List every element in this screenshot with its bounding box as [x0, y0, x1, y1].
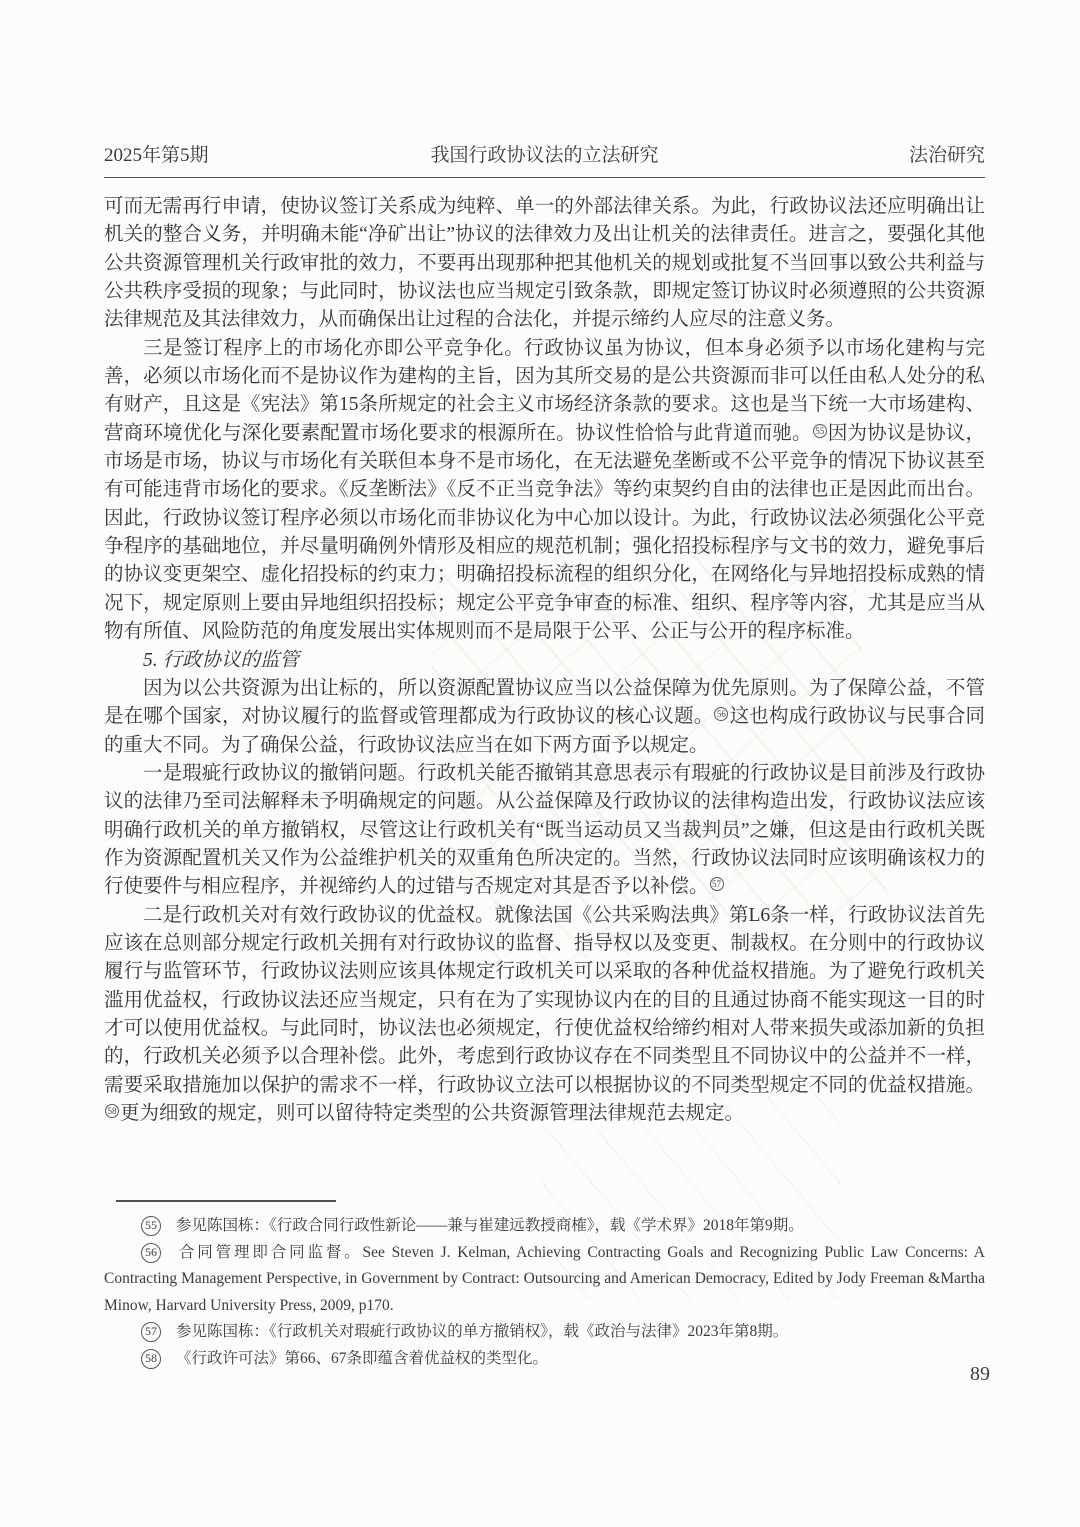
footnote-ref-55: 55: [813, 424, 827, 438]
footnote-item: 57参见陈国栋：《行政机关对瑕疵行政协议的单方撤销权》，载《政治与法律》2023…: [104, 1319, 985, 1346]
body-paragraph: 因为以公共资源为出让标的，所以资源配置协议应当以公益保障为优先原则。为了保障公益…: [104, 675, 985, 760]
footnote-item: 56合同管理即合同监督。See Steven J. Kelman, Achiev…: [104, 1240, 985, 1320]
body-paragraph: 二是行政机关对有效行政协议的优益权。就像法国《公共采购法典》第L6条一样，行政协…: [104, 902, 985, 1129]
paragraph-text: 更为细致的规定，则可以留待特定类型的公共资源管理法律规范去规定。: [120, 1103, 744, 1124]
footnote-list: 55参见陈国栋：《行政合同行政性新论——兼与崔建远教授商榷》，载《学术界》201…: [104, 1213, 985, 1372]
journal-page: 2025年第5期 我国行政协议法的立法研究 法治研究 可而无需再行申请，使协议签…: [0, 0, 1080, 1527]
paragraph-text: 5. 行政协议的监管: [143, 650, 299, 671]
body-paragraph: 可而无需再行申请，使协议签订关系成为纯粹、单一的外部法律关系。为此，行政协议法还…: [104, 193, 985, 335]
paragraph-text: 因为协议是协议，市场是市场，协议与市场化有关联但本身不是市场化，在无法避免垄断或…: [104, 423, 985, 642]
footnote-divider: [116, 1200, 336, 1202]
body-paragraph: 三是签订程序上的市场化亦即公平竞争化。行政协议虽为协议，但本身必须予以市场化建构…: [104, 335, 985, 647]
footnote-number: 57: [141, 1322, 161, 1342]
footnote-text: 《行政许可法》第66、67条即蕴含着优益权的类型化。: [176, 1350, 548, 1367]
footnote-item: 55参见陈国栋：《行政合同行政性新论——兼与崔建远教授商榷》，载《学术界》201…: [104, 1213, 985, 1240]
article-body: 可而无需再行申请，使协议签订关系成为纯粹、单一的外部法律关系。为此，行政协议法还…: [104, 193, 985, 1128]
footnote-number: 58: [141, 1349, 161, 1369]
paragraph-text: 可而无需再行申请，使协议签订关系成为纯粹、单一的外部法律关系。为此，行政协议法还…: [104, 196, 985, 330]
footnote-ref-58: 58: [105, 1104, 119, 1118]
paragraph-text: 一是瑕疵行政协议的撤销问题。行政机关能否撤销其意思表示有瑕疵的行政协议是目前涉及…: [104, 763, 985, 897]
body-paragraph: 一是瑕疵行政协议的撤销问题。行政机关能否撤销其意思表示有瑕疵的行政协议是目前涉及…: [104, 760, 985, 902]
header-article-title: 我国行政协议法的立法研究: [104, 144, 985, 168]
footnote-ref-56: 56: [714, 707, 728, 721]
paragraph-text: 二是行政机关对有效行政协议的优益权。就像法国《公共采购法典》第L6条一样，行政协…: [104, 905, 985, 1096]
page-header: 2025年第5期 我国行政协议法的立法研究 法治研究: [104, 144, 985, 178]
section-heading: 5. 行政协议的监管: [104, 647, 985, 675]
footnote-text: 参见陈国栋：《行政机关对瑕疵行政协议的单方撤销权》，载《政治与法律》2023年第…: [176, 1323, 788, 1340]
page-number: 89: [970, 1363, 990, 1386]
footnote-item: 58《行政许可法》第66、67条即蕴含着优益权的类型化。: [104, 1346, 985, 1373]
footnote-ref-57: 57: [710, 877, 724, 891]
footnote-text: 参见陈国栋：《行政合同行政性新论——兼与崔建远教授商榷》，载《学术界》2018年…: [176, 1217, 804, 1234]
footnote-number: 55: [141, 1216, 161, 1236]
footnote-number: 56: [141, 1243, 161, 1263]
footnotes-section: 55参见陈国栋：《行政合同行政性新论——兼与崔建远教授商榷》，载《学术界》201…: [104, 1200, 985, 1372]
footnote-text: 合同管理即合同监督。See Steven J. Kelman, Achievin…: [104, 1244, 985, 1314]
